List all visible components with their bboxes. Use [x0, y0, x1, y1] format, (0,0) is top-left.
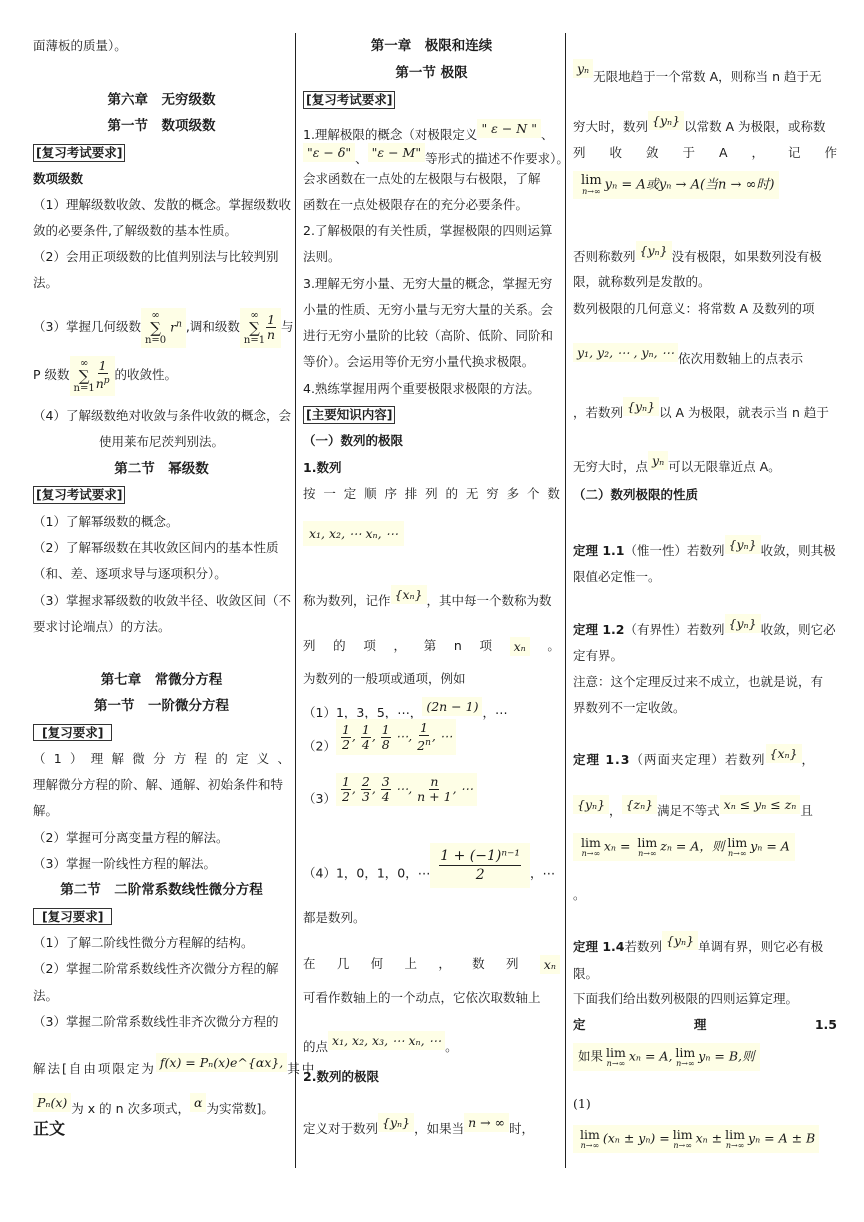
section-title: 第一节 数项级数	[33, 117, 290, 135]
theorem-1-4: 定理 1.4若数列{yₙ}单调有界，则它必有极	[573, 931, 823, 956]
formula-yn: yₙ	[573, 59, 593, 78]
formula-yn-set: {yₙ}	[648, 111, 684, 130]
formula-yn-set: {yₙ}	[636, 241, 672, 260]
formula-eps-delta: "ε − δ"	[303, 143, 355, 162]
limit-definition: 限，就称数列是发散的。	[573, 273, 711, 291]
part-title: （二）数列极限的性质	[573, 486, 698, 504]
section-title: 第二节 幂级数	[33, 460, 290, 478]
list-item: （和、差、逐项求导与逐项积分）。	[33, 565, 227, 583]
requirement: 法则。	[303, 248, 341, 266]
review-label: [复习考试要求]	[33, 144, 125, 162]
requirement: 1.理解极限的概念（对极限定义" ε − N "、	[303, 119, 553, 144]
list-item: 解法[自由项限定为f(x) = Pₙ(x)e^{αx},其中	[33, 1053, 316, 1078]
requirement: "ε − δ"、"ε − M"等形式的描述不作要求）。	[303, 143, 569, 168]
subsection-title: 1.数列	[303, 459, 341, 477]
formula-p-series: ∞∑n=11np	[70, 356, 115, 396]
list-item: （3）掌握二阶常系数线性非齐次微分方程的	[33, 1013, 278, 1031]
formula-alternating: 1 + (−1)ⁿ⁻¹2	[430, 843, 530, 888]
example-2: （2）12, 14, 18 ⋯, 12n, ⋯	[303, 719, 456, 772]
chapter-1-title: 第一章 极限和连续	[303, 37, 560, 55]
column-divider-1	[295, 33, 296, 1168]
formula-xn: xₙ	[540, 955, 560, 974]
list-item: （1）了解幂级数的概念。	[33, 513, 178, 531]
formula-yn-set: {yₙ}	[378, 1113, 414, 1132]
geometric-text: 在几何上，数列xₙ	[303, 955, 560, 974]
section-title: 第二节 二阶常系数线性微分方程	[33, 881, 290, 899]
review-label: [复习要求]	[33, 908, 112, 925]
formula-zn-set: {zₙ}	[622, 795, 658, 814]
list-item: （2）掌握二阶常系数线性齐次微分方程的解	[33, 960, 278, 978]
definition-text: 列的项，第n项xₙ。	[303, 637, 560, 656]
requirement: 会求函数在一点处的左极限与右极限，了解	[303, 170, 541, 188]
list-item: 要求讨论端点）的方法。	[33, 618, 171, 636]
list-item: （2）掌握可分离变量方程的解法。	[33, 829, 228, 847]
list-item: （3）掌握求幂级数的收敛半径、收敛区间（不	[33, 592, 291, 610]
formula-yn-set: {yₙ}	[573, 795, 609, 814]
definition-text: 都是数列。	[303, 909, 366, 927]
chapter-6-title: 第六章 无穷级数	[33, 91, 290, 109]
theorem-1-2: 定有界。	[573, 647, 623, 665]
formula-odd-term: (2n − 1)	[422, 697, 482, 716]
list-item: 法。	[33, 274, 58, 292]
formula-limit-notation: limn→∞yₙ = A或yₙ → A(当n → ∞时)	[573, 171, 779, 199]
definition-text: 按一定顺序排列的无穷多个数	[303, 485, 560, 503]
formula-sequence: x₁, x₂, ⋯ xₙ, ⋯	[303, 521, 404, 546]
limit-definition: yₙ无限地趋于一个常数 A，则称当 n 趋于无	[573, 59, 822, 86]
formula-alpha: α	[190, 1093, 206, 1112]
formula-y-terms: y₁, y₂, ⋯ , yₙ, ⋯	[573, 343, 678, 362]
column-divider-2	[565, 33, 566, 1168]
list-item: P 级数∞∑n=11np的收敛性。	[33, 351, 177, 399]
theorem-1-3: {yₙ}，{zₙ}满足不等式xₙ ≤ yₙ ≤ zₙ且	[573, 795, 813, 820]
requirement: 进行无穷小量阶的比较（高阶、低阶、同阶和	[303, 327, 553, 345]
geometric-meaning: 无穷大时，点yₙ可以无限靠近点 A。	[573, 451, 781, 476]
formula-xn-set: {xₙ}	[391, 585, 427, 604]
limit-definition: 列收敛于A，记作	[573, 144, 837, 162]
geometric-meaning: 数列极限的几何意义：将常数 A 及数列的项	[573, 300, 815, 318]
theorem-1-2: 定理 1.2（有界性）若数列{yₙ}收敛，则它必	[573, 614, 836, 639]
list-item: （1）理解微分方程的定义、	[33, 750, 290, 768]
formula-points: x₁, x₂, x₃, ⋯ xₙ, ⋯	[328, 1031, 445, 1050]
four-ops-intro: 下面我们给出数列极限的四则运算定理。	[573, 990, 798, 1008]
section-title: 第一节 一阶微分方程	[33, 697, 290, 715]
formula-squeeze: limn→∞xₙ = limn→∞zₙ = A，则limn→∞yₙ = A	[573, 833, 795, 861]
formula-yn-set: {yₙ}	[623, 397, 659, 416]
requirement: 3.理解无穷小量、无穷大量的概念，掌握无穷	[303, 275, 552, 293]
list-item: 理解微分方程的阶、解、通解、初始条件和特	[33, 776, 283, 794]
formula-xn-set: {xₙ}	[766, 744, 802, 763]
list-item: （4）了解级数绝对收敛与条件收敛的概念，会	[33, 407, 291, 425]
formula-eps-N: " ε − N "	[477, 119, 541, 138]
list-item: （1）了解二阶线性微分方程解的结构。	[33, 934, 253, 952]
definition-text: 称为数列，记作{xₙ}，其中每一个数称为数	[303, 585, 552, 610]
list-item: （1）理解级数收敛、发散的概念。掌握级数收	[33, 196, 291, 214]
formula-sum-limit: limn→∞(xₙ ± yₙ) =limn→∞xₙ ±limn→∞yₙ = A …	[573, 1125, 819, 1153]
example-4: （4）1，0，1，0，⋯1 + (−1)ⁿ⁻¹2，⋯	[303, 843, 555, 900]
definition-text: 为数列的一般项或通项，例如	[303, 670, 466, 688]
main-content-label: [主要知识内容]	[303, 406, 395, 424]
note: 界数列不一定收敛。	[573, 699, 686, 717]
formula-inequality: xₙ ≤ yₙ ≤ zₙ	[720, 795, 801, 814]
list-item: （2）会用正项级数的比值判别法与比较判别	[33, 248, 278, 266]
geometric-text: 可看作数轴上的一个动点，它依次取数轴上	[303, 989, 541, 1007]
formula-halves-sequence: 12, 14, 18 ⋯, 12n, ⋯	[336, 719, 456, 755]
list-item: 敛的必要条件,了解级数的基本性质。	[33, 222, 237, 240]
formula-yn: yₙ	[648, 451, 668, 470]
theorem-1-4: 限。	[573, 965, 598, 983]
requirement: 4.熟练掌握用两个重要极限求极限的方法。	[303, 380, 540, 398]
formula-yn-set: {yₙ}	[662, 931, 698, 950]
limit-definition: 否则称数列{yₙ}没有极限，如果数列没有极	[573, 241, 822, 266]
formula-n-to-inf: n → ∞	[464, 1113, 509, 1132]
geometric-meaning: y₁, y₂, ⋯ , yₙ, ⋯依次用数轴上的点表示	[573, 343, 803, 368]
part-title: （一）数列的极限	[303, 432, 403, 450]
list-item: Pₙ(x)为 x 的 n 次多项式，α为实常数]。	[33, 1093, 274, 1118]
list-item: （3）掌握几何级数∞∑n=0 rn,调和级数∞∑n=11n与	[33, 301, 294, 353]
section-title: 第一节 极限	[303, 64, 560, 82]
formula-xn: xₙ	[510, 637, 530, 656]
theorem-1-3: 定理 1.3（两面夹定理）若数列{xₙ}，	[573, 744, 815, 769]
geometric-meaning: ，若数列{yₙ}以 A 为极限，就表示当 n 趋于	[573, 397, 829, 422]
requirement: 小量的性质、无穷小量与无穷大量的关系。会	[303, 301, 553, 319]
formula-yn-set: {yₙ}	[725, 614, 761, 633]
theorem-1-3: 。	[573, 886, 586, 904]
geometric-text: 的点x₁, x₂, x₃, ⋯ xₙ, ⋯。	[303, 1031, 458, 1056]
list-item: 使用莱布尼茨判别法。	[33, 433, 290, 451]
review-label: [复习考试要求]	[33, 486, 125, 504]
formula-polynomial: Pₙ(x)	[33, 1093, 71, 1112]
theorem-1-5-label: 定理1.5	[573, 1016, 837, 1034]
formula-ratio-sequence: 12, 23, 34 ⋯, nn + 1, ⋯	[336, 773, 477, 806]
example-3: （3）12, 23, 34 ⋯, nn + 1, ⋯	[303, 773, 477, 824]
body-title: 正文	[33, 1120, 65, 1138]
sub-heading: 数项级数	[33, 170, 83, 188]
formula-geometric-series: ∞∑n=0 rn	[141, 308, 186, 348]
note: 注意：这个定理反过来不成立，也就是说，有	[573, 673, 823, 691]
list-item: 解。	[33, 802, 58, 820]
requirement: 函数在一点处极限存在的充分必要条件。	[303, 196, 528, 214]
theorem-1-1: 限值必定惟一。	[573, 568, 661, 586]
requirement: 等价）。会运用等价无穷小量代换求极限。	[303, 353, 534, 371]
limit-definition: 定义对于数列{yₙ}，如果当n → ∞时，	[303, 1113, 534, 1138]
chapter-7-title: 第七章 常微分方程	[33, 671, 290, 689]
limit-definition: 穷大时，数列{yₙ}以常数 A 为极限，或称数	[573, 111, 826, 136]
formula-eps-M: "ε − M"	[368, 143, 425, 162]
continued-text: 面薄板的质量）。	[33, 37, 127, 55]
review-label: [复习要求]	[33, 724, 112, 741]
formula-yn-set: {yₙ}	[725, 535, 761, 554]
formula-harmonic-series: ∞∑n=11n	[240, 308, 281, 348]
list-item: 法。	[33, 987, 58, 1005]
list-item: （3）掌握一阶线性方程的解法。	[33, 855, 216, 873]
formula-free-term: f(x) = Pₙ(x)e^{αx},	[156, 1053, 287, 1072]
theorem-1-5-item: (1)	[573, 1095, 591, 1113]
list-item: （2）了解幂级数在其收敛区间内的基本性质	[33, 539, 278, 557]
review-label: [复习考试要求]	[303, 91, 395, 109]
formula-theorem-1-5-condition: 如果limn→∞xₙ = A,limn→∞yₙ = B,则	[573, 1043, 760, 1071]
requirement: 2.了解极限的有关性质，掌握极限的四则运算	[303, 222, 552, 240]
theorem-1-1: 定理 1.1（惟一性）若数列{yₙ}收敛，则其极	[573, 535, 836, 560]
subsection-title: 2.数列的极限	[303, 1068, 379, 1086]
